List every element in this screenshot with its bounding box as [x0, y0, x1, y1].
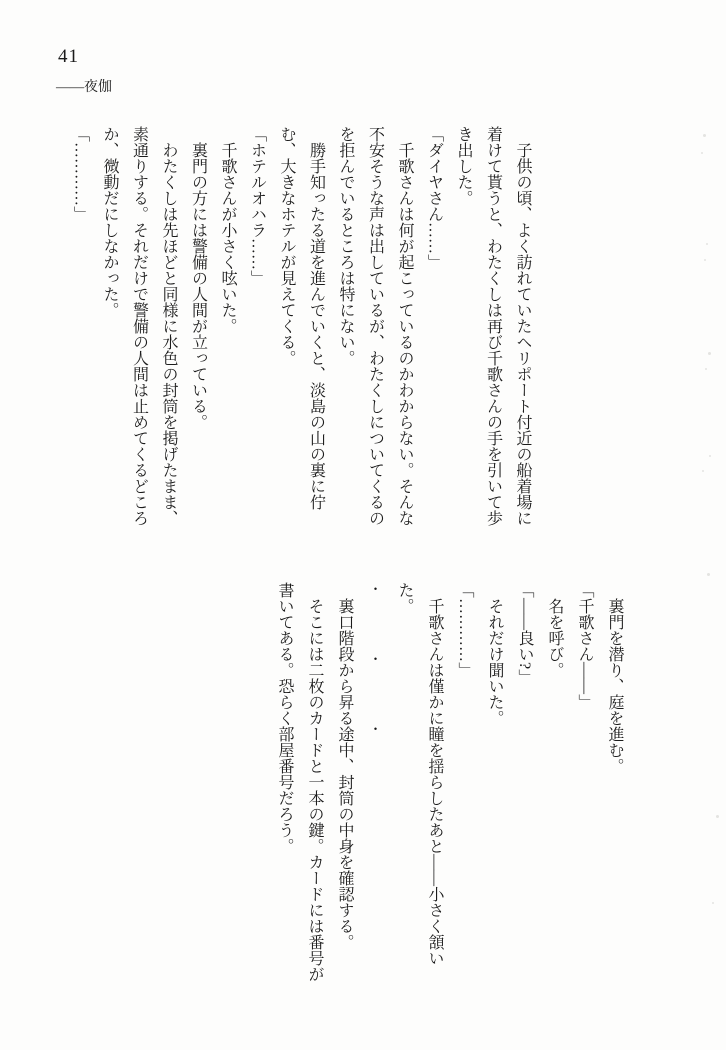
upper-text-tier: 子供の頃、よく訪れていたヘリポート付近の船着場に着けて貰うと、わたくしは再び千歌… [65, 126, 537, 530]
scan-speck [709, 455, 711, 457]
paragraph: 「千歌さん——」 [569, 582, 599, 986]
scan-speck [701, 152, 703, 154]
scene-break-dots: ・・・ [359, 582, 389, 986]
paragraph: わたくしは先ほどと同様に水色の封筒を掲げたまま、素通りする。それだけで警備の人間… [95, 126, 184, 530]
paragraph: 子供の頃、よく訪れていたヘリポート付近の船着場に着けて貰うと、わたくしは再び千歌… [449, 126, 538, 530]
paragraph: 「ホテルオハラ……」 [242, 126, 272, 530]
paragraph: 名を呼び。 [539, 582, 569, 986]
paragraph: 裏口階段から昇る途中、封筒の中身を確認する。 [329, 582, 359, 986]
novel-page: 41 ――夜伽 子供の頃、よく訪れていたヘリポート付近の船着場に着けて貰うと、わ… [0, 0, 726, 1050]
scan-speck [707, 573, 710, 576]
scan-speck [712, 902, 714, 904]
scan-speck [705, 368, 707, 370]
paragraph: 裏門を潜り、庭を進む。 [599, 582, 629, 986]
scan-speck [702, 470, 704, 472]
paragraph: 「…………」 [449, 582, 479, 986]
scan-speck [716, 815, 719, 818]
scan-speck [703, 134, 706, 137]
paragraph: そこには二枚のカードと一本の鍵。カードには番号が書いてある。恐らく部屋番号だろう… [269, 582, 329, 986]
page-number: 41 [58, 46, 79, 68]
scan-speck [706, 243, 708, 245]
paragraph: 裏門の方には警備の人間が立っている。 [183, 126, 213, 530]
paragraph: 「…………」 [65, 126, 95, 530]
paragraph: 千歌さんは僅かに瞳を揺らしたあと——小さく頷いた。 [389, 582, 449, 986]
scan-speck [708, 352, 711, 355]
paragraph: それだけ聞いた。 [479, 582, 509, 986]
lower-text-tier: 裏門を潜り、庭を進む。「千歌さん——」名を呼び。「——良い?」それだけ聞いた。「… [89, 582, 629, 986]
paragraph: 「——良い?」 [509, 582, 539, 986]
running-chapter-title: ――夜伽 [56, 76, 112, 96]
paragraph: 千歌さんが小さく呟いた。 [213, 126, 243, 530]
paragraph: 勝手知ったる道を進んでいくと、淡島の山の裏に佇む、大きなホテルが見えてくる。 [272, 126, 331, 530]
paragraph: 千歌さんは何が起こっているのかわからない。そんな不安そうな声は出しているが、わた… [331, 126, 420, 530]
scan-speck [704, 259, 706, 261]
paragraph: 「ダイヤさん……」 [419, 126, 449, 530]
